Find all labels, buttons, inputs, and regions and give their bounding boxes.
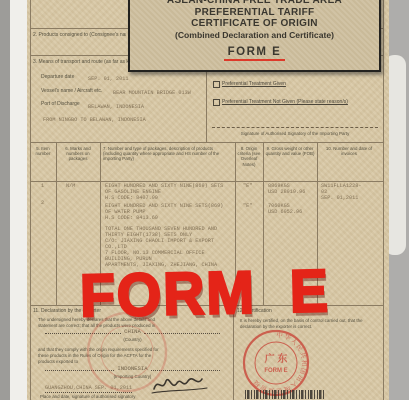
row2-origin-criteria: "E" bbox=[243, 203, 252, 209]
stamp-sub-text: FORM E bbox=[264, 368, 287, 374]
preferential-given-label: Preferential Treatment Given bbox=[222, 81, 286, 87]
route-value: FROM NINGBO TO BELAWAN, INDONESIA bbox=[43, 117, 146, 123]
barcode bbox=[245, 390, 325, 399]
departure-date-value: SEP. 01, 2011 bbox=[88, 76, 128, 82]
preferential-not-given-label: Preferential Treatment Not Given (Please… bbox=[222, 99, 348, 105]
header-gross-weight: 9. Gross weight or other quantity and va… bbox=[265, 146, 315, 156]
title-line2: PREFERENTIAL TARIFF bbox=[130, 7, 379, 19]
title-line3: CERTIFICATE OF ORIGIN bbox=[130, 18, 379, 30]
vessel-label: Vessel's name / Aircraft etc. bbox=[41, 88, 102, 94]
vessel-value: BEAR MOUNTAIN BRIDGE 013W bbox=[113, 90, 191, 96]
header-invoices: 10. Number and date of invoices bbox=[319, 146, 379, 156]
row2-hs-code: H.S CODE: 8413.60 bbox=[105, 215, 158, 221]
title-line1: ASEAN-CHINA FREE TRADE AREA bbox=[130, 0, 379, 7]
row1-marks: N/M bbox=[66, 183, 75, 189]
col-divider-1 bbox=[56, 142, 57, 305]
header-origin-criteria: 8. Origin criteria (see Overleaf Notes) bbox=[236, 146, 262, 167]
importing-party-signature-caption: Signature of Authorised Signatory of the… bbox=[210, 131, 380, 136]
form-e-label: FORM E bbox=[224, 46, 286, 61]
table-top-border bbox=[30, 142, 383, 143]
header-packages-description: 7. Number and type of packages, descript… bbox=[103, 146, 231, 162]
departure-date-label: Departure date bbox=[41, 74, 74, 80]
row1-fob-value: USD 28919.96 bbox=[268, 189, 305, 195]
preferential-not-given-checkbox bbox=[213, 99, 220, 106]
signature-dashed-line bbox=[212, 127, 378, 128]
row1-item-number: 1 bbox=[41, 183, 44, 189]
row1-invoice-date: SEP. 01,2011 bbox=[321, 195, 358, 201]
header-item-number: 5. Item number bbox=[31, 146, 55, 156]
scanned-certificate-of-origin: 2. Products consigned to (Consignee's na… bbox=[0, 0, 409, 400]
port-of-discharge-value: BELAWAN, INDONESIA bbox=[88, 104, 144, 110]
port-of-discharge-label: Port of Discharge bbox=[41, 101, 80, 107]
title-line4: (Combined Declaration and Certificate) bbox=[130, 30, 379, 41]
stamp-center-text: 广 东 bbox=[265, 352, 288, 365]
title-box: ASEAN-CHINA FREE TRADE AREA PREFERENTIAL… bbox=[128, 0, 381, 72]
watermark-word-e: E bbox=[289, 258, 330, 326]
handwritten-signature bbox=[150, 373, 210, 397]
row2-item-number: 2 bbox=[41, 200, 44, 206]
box2-label: 2. Products consigned to (Consignee's na… bbox=[33, 32, 126, 38]
watermark-word-form: FORM bbox=[79, 259, 256, 330]
header-marks-numbers: 6. Marks and numbers on packages bbox=[58, 146, 98, 162]
form-e-watermark: FORME bbox=[79, 260, 400, 327]
row1-hs-code: H.S CODE: 8407.90 bbox=[105, 195, 158, 201]
table-header-bottom-border bbox=[30, 181, 383, 182]
row2-fob-value: USD 6952.96 bbox=[268, 209, 302, 215]
row1-origin-criteria: "E" bbox=[243, 183, 252, 189]
preferential-given-checkbox bbox=[213, 81, 220, 88]
form-border-right bbox=[383, 0, 384, 400]
form-border-left bbox=[30, 0, 31, 400]
official-red-stamp: 中华人民共和国出入境检验检疫 广 东 FORM E bbox=[241, 328, 311, 398]
